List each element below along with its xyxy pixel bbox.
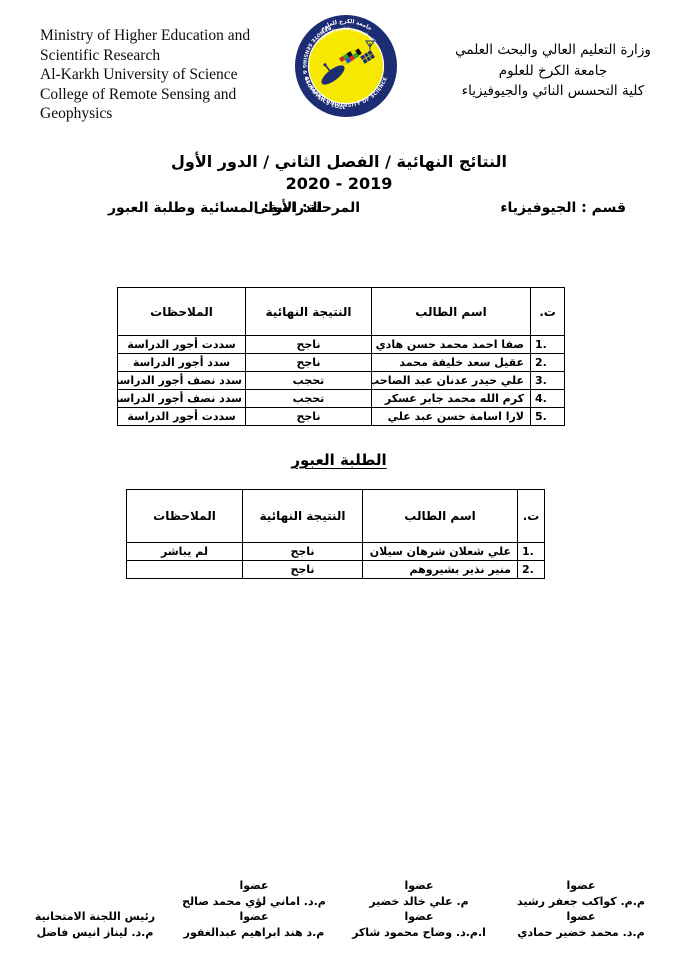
result-cell: ناجح (243, 543, 363, 561)
table-row: 4. كرم الله محمد جابر عسكر تحجب سدد نصف … (118, 390, 565, 408)
serial-cell: 5. (531, 408, 565, 426)
results-title-line: النتائج النهائية / الفصل الثاني / الدور … (0, 151, 678, 173)
header-english-line: Ministry of Higher Education and (40, 26, 318, 46)
student-name-cell: علي حيدر عدنان عبد الصاحب (372, 372, 531, 390)
signature-name: م. علي خالد خضير (340, 894, 498, 910)
signature-role: عضوا (340, 878, 498, 894)
serial-cell: 1. (518, 543, 545, 561)
signature-role: عضوا (340, 909, 498, 925)
serial-cell: 2. (531, 354, 565, 372)
column-header-final-result: النتيجة النهائية (246, 288, 372, 336)
study-type-label: الدراسة: المسائية وطلبة العبور (108, 200, 322, 216)
result-cell: تحجب (246, 390, 372, 408)
table-row: 2. عقيل سعد خليفة محمد ناجح سدد أجور الد… (118, 354, 565, 372)
notes-cell (127, 561, 243, 579)
student-name-cell: علي شعلان شرهان سيلان (363, 543, 518, 561)
academic-year: 2019 - 2020 (0, 173, 678, 195)
header-arabic-line: كلية التحسس النائي والجيوفيزياء (436, 81, 670, 102)
notes-cell: سددت أجور الدراسة (118, 336, 246, 354)
department-label: قسم : الجيوفيزياء (500, 200, 626, 216)
header-arabic-line: وزارة التعليم العالي والبحث العلمي (436, 40, 670, 61)
serial-cell: 1. (531, 336, 565, 354)
signature-role: عضوا (497, 878, 665, 894)
signature-role: عضوا (497, 909, 665, 925)
signature-block-member-2: عضوا م. علي خالد خضير عضوا ا.م.د. وضاح م… (340, 878, 498, 940)
student-name-cell: صفا احمد محمد حسن هادي (372, 336, 531, 354)
college-logo: جامعة الكرخ للعلوم كلية التحسس النائي وا… (294, 14, 398, 118)
table-header-row: ت. اسم الطالب النتيجة النهائية الملاحظات (118, 288, 565, 336)
result-cell: ناجح (246, 408, 372, 426)
result-cell: ناجح (246, 354, 372, 372)
header-english-line: Al-Karkh University of Science (40, 65, 318, 85)
signature-role: عضوا (163, 878, 345, 894)
column-header-final-result: النتيجة النهائية (243, 490, 363, 543)
signature-block-member-3: عضوا م.د. اماني لؤي محمد صالح عضوا م.د ه… (163, 878, 345, 940)
signature-role: عضوا (163, 909, 345, 925)
result-cell: ناجح (243, 561, 363, 579)
serial-cell: 3. (531, 372, 565, 390)
document-title: النتائج النهائية / الفصل الثاني / الدور … (0, 151, 678, 195)
college-logo-emblem: جامعة الكرخ للعلوم كلية التحسس النائي وا… (294, 14, 398, 118)
serial-cell: 2. (518, 561, 545, 579)
header-english-line: College of Remote Sensing and (40, 85, 318, 105)
serial-cell: 4. (531, 390, 565, 408)
table-row: 3. علي حيدر عدنان عبد الصاحب تحجب سدد نص… (118, 372, 565, 390)
column-header-notes: الملاحظات (127, 490, 243, 543)
table-row: 5. لارا اسامة حسن عبد علي ناجح سددت أجور… (118, 408, 565, 426)
column-header-student-name: اسم الطالب (363, 490, 518, 543)
document-meta-line: قسم : الجيوفيزياء المرحلة: الأولى الدراس… (0, 200, 678, 222)
student-name-cell: لارا اسامة حسن عبد علي (372, 408, 531, 426)
signature-name: م.د. اماني لؤي محمد صالح (163, 894, 345, 910)
notes-cell: سدد أجور الدراسة (118, 354, 246, 372)
signature-name: م.د. ليناز انيس فاضل (16, 925, 174, 941)
notes-cell: سدد نصف أجور الدراسة (118, 390, 246, 408)
signature-name: م.د هند ابراهيم عبدالغفور (163, 925, 345, 941)
signature-name: م.د. محمد خضير حمادي (497, 925, 665, 941)
table-row: 2. منير نذير بشيروهم ناجح (127, 561, 545, 579)
final-results-table: ت. اسم الطالب النتيجة النهائية الملاحظات… (117, 287, 565, 426)
header-english-line: Scientific Research (40, 46, 318, 66)
crossover-results-table: ت. اسم الطالب النتيجة النهائية الملاحظات… (126, 489, 545, 579)
notes-cell: سددت أجور الدراسة (118, 408, 246, 426)
column-header-student-name: اسم الطالب (372, 288, 531, 336)
table-header-row: ت. اسم الطالب النتيجة النهائية الملاحظات (127, 490, 545, 543)
notes-cell: لم يباشر (127, 543, 243, 561)
signature-block-committee-head: رئيس اللجنة الامتحانية م.د. ليناز انيس ف… (16, 909, 174, 940)
table-row: 1. صفا احمد محمد حسن هادي ناجح سددت أجور… (118, 336, 565, 354)
result-cell: ناجح (246, 336, 372, 354)
student-name-cell: كرم الله محمد جابر عسكر (372, 390, 531, 408)
column-header-serial: ت. (518, 490, 545, 543)
institution-name-arabic: وزارة التعليم العالي والبحث العلمي جامعة… (436, 40, 670, 102)
institution-name-english: Ministry of Higher Education and Scienti… (40, 26, 318, 124)
result-cell: تحجب (246, 372, 372, 390)
student-name-cell: عقيل سعد خليفة محمد (372, 354, 531, 372)
signature-role: رئيس اللجنة الامتحانية (16, 909, 174, 925)
notes-cell: سدد نصف أجور الدراسة (118, 372, 246, 390)
student-name-cell: منير نذير بشيروهم (363, 561, 518, 579)
header-english-line: Geophysics (40, 104, 318, 124)
header-arabic-line: جامعة الكرخ للعلوم (436, 61, 670, 82)
table-row: 1. علي شعلان شرهان سيلان ناجح لم يباشر (127, 543, 545, 561)
column-header-serial: ت. (531, 288, 565, 336)
signature-block-member-1: عضوا م.م. كواكب جعفر رشيد عضوا م.د. محمد… (497, 878, 665, 940)
signature-name: ا.م.د. وضاح محمود شاكر (340, 925, 498, 941)
crossover-students-heading-text: الطلبة العبور (291, 451, 386, 469)
crossover-students-heading: الطلبة العبور (0, 451, 678, 469)
column-header-notes: الملاحظات (118, 288, 246, 336)
signature-name: م.م. كواكب جعفر رشيد (497, 894, 665, 910)
